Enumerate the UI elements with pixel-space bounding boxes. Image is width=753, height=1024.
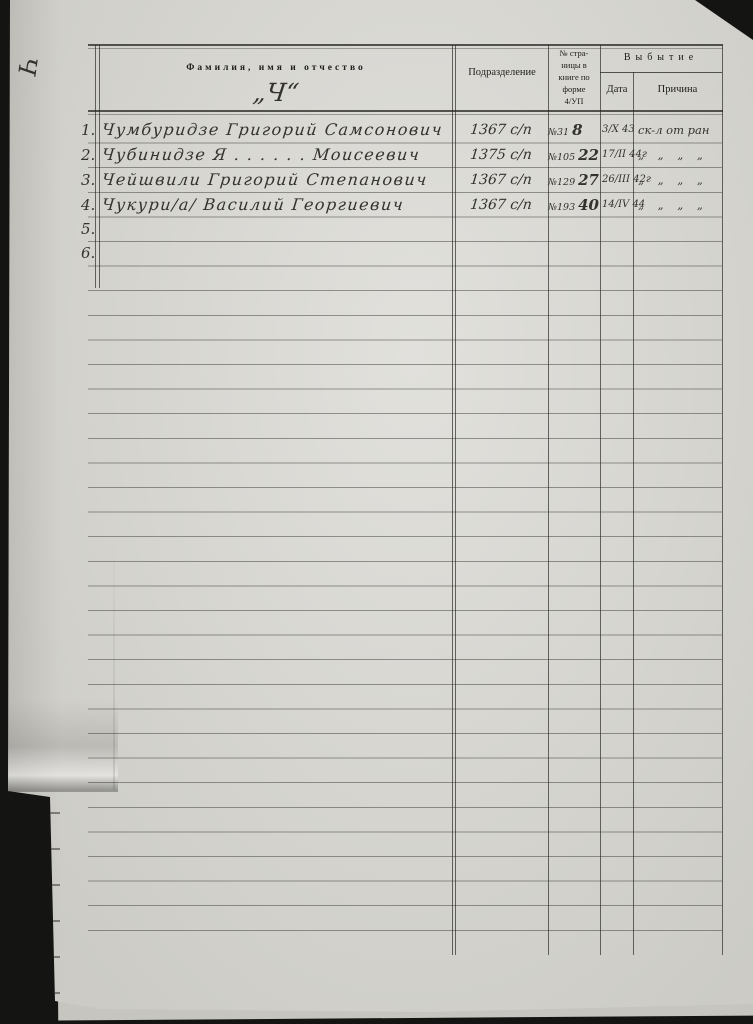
row-name: Чумбуридзе Григорий Самсонович bbox=[101, 118, 456, 142]
page-number: 22 bbox=[578, 143, 599, 167]
row-book-page: №105 22 bbox=[548, 143, 600, 170]
margin-section-letter: Ч bbox=[12, 55, 42, 77]
row-reason: „ „ „ „ bbox=[638, 143, 724, 167]
row-date: 3/X 43 bbox=[602, 118, 638, 142]
row-book-page: №31 8 bbox=[548, 118, 600, 145]
header-bottom-border-inner bbox=[88, 114, 723, 115]
row-book-page: №129 27 bbox=[548, 168, 600, 195]
row-unit: 1375 с/п bbox=[457, 143, 546, 167]
row-unit: 1367 с/п bbox=[457, 118, 546, 142]
scanned-register-page: Ч Фамилия, имя и отчество „Ч“ Подразделе… bbox=[0, 0, 753, 1024]
book-number: №129 bbox=[548, 171, 575, 195]
column-header-reason: Причина bbox=[633, 84, 722, 95]
row-number: 4. bbox=[81, 193, 101, 217]
row-number: 2. bbox=[81, 143, 101, 167]
binding-stitches bbox=[48, 812, 60, 1002]
table-top-border-inner bbox=[88, 48, 723, 49]
row-number: 3. bbox=[81, 168, 101, 192]
row-name: Чейшвили Григорий Степанович bbox=[101, 168, 456, 192]
row-number: 5. bbox=[81, 217, 101, 241]
row-date: 17/II 44г bbox=[602, 143, 638, 167]
header-bottom-border bbox=[88, 110, 723, 112]
column-header-pageref: № стра- ницы в книге по форме 4/УП bbox=[548, 47, 600, 107]
column-header-unit: Подразделение bbox=[456, 67, 548, 78]
row-reason: „ „ „ „ bbox=[638, 193, 724, 217]
column-header-departure: Выбытие bbox=[600, 52, 722, 63]
row-reason: ск-л от ран bbox=[638, 118, 724, 142]
table-row: 3. Чейшвили Григорий Степанович 1367 с/п… bbox=[78, 168, 724, 193]
paper-sheet: Ч Фамилия, имя и отчество „Ч“ Подразделе… bbox=[0, 0, 753, 1024]
table-row: 5. bbox=[78, 217, 724, 242]
row-date: 14/IV 44 bbox=[602, 193, 638, 217]
page-number: 8 bbox=[572, 118, 582, 142]
row-reason: „ „ „ „ bbox=[638, 168, 724, 192]
row-name: Чубинидзе Я . . . . . . Моисеевич bbox=[101, 143, 456, 167]
table-row: 2. Чубинидзе Я . . . . . . Моисеевич 137… bbox=[78, 143, 724, 168]
row-name: Чукури/а/ Василий Георгиевич bbox=[101, 193, 456, 217]
row-number: 1. bbox=[81, 118, 101, 142]
book-number: №105 bbox=[548, 146, 575, 170]
section-letter: „Ч“ bbox=[98, 78, 454, 107]
table-row: 6. bbox=[78, 241, 724, 266]
row-unit: 1367 с/п bbox=[457, 168, 546, 192]
book-number: №31 bbox=[548, 121, 569, 145]
page-number: 27 bbox=[578, 168, 599, 192]
row-unit: 1367 с/п bbox=[457, 193, 546, 217]
departure-subheader-line bbox=[600, 72, 722, 73]
table-row: 1. Чумбуридзе Григорий Самсонович 1367 с… bbox=[78, 118, 724, 143]
row-date: 26/III 42г bbox=[602, 168, 638, 192]
column-header-name: Фамилия, имя и отчество bbox=[100, 63, 452, 73]
table-top-border bbox=[88, 44, 723, 46]
column-header-date: Дата bbox=[600, 84, 634, 95]
table-row: 4. Чукури/а/ Василий Георгиевич 1367 с/п… bbox=[78, 193, 724, 218]
page-number: 40 bbox=[578, 193, 599, 217]
row-number: 6. bbox=[81, 241, 101, 265]
row-book-page: №193 40 bbox=[548, 193, 600, 220]
